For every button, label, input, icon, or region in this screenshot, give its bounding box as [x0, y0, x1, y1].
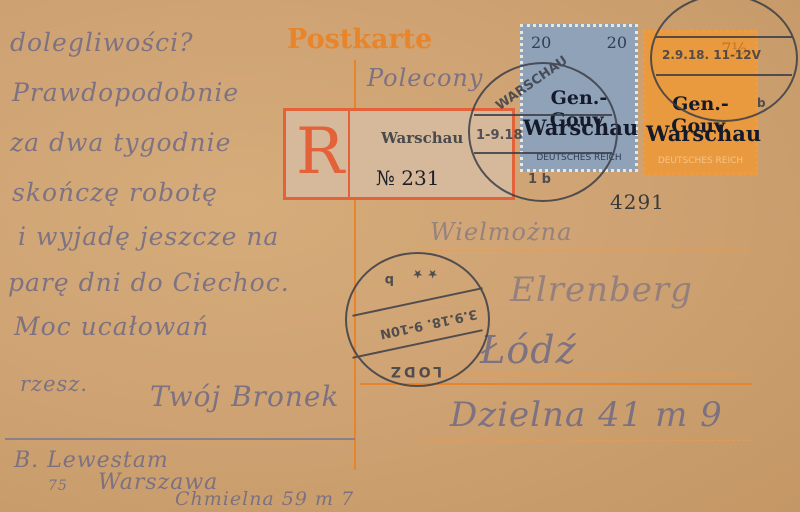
message-line: za dwa tygodnie	[10, 128, 231, 157]
postcard: Postkarte dolegliwości? Prawdopodobnie z…	[0, 0, 800, 512]
cancel-bar	[656, 36, 792, 38]
message-line: i wyjadę jeszcze na	[18, 222, 279, 251]
cancel-code: b	[757, 96, 766, 110]
sender-divider	[5, 438, 355, 440]
cancel-lodz: LODZ 3.9.18. 9-10N b ★ ★	[345, 252, 490, 387]
cancel-date: 2.9.18. 11-12V	[662, 48, 761, 62]
message-line: Prawdopodobnie	[12, 78, 239, 107]
cancel-bar	[474, 114, 612, 116]
annotation: Polecony	[367, 64, 483, 92]
message-line: rzesz.	[20, 372, 88, 396]
cancel-bar	[352, 329, 483, 359]
stamp-overprint: Warschau	[646, 121, 755, 146]
cancel-code: 1 b	[528, 172, 551, 187]
sender-street: Chmielna 59 m 7	[175, 488, 354, 510]
cancel-city: LODZ	[388, 363, 442, 379]
cancel-bar	[474, 152, 612, 154]
cancel-warschau-2: 2.9.18. 11-12V b	[650, 0, 798, 122]
message-line: parę dni do Ciechoc.	[8, 268, 290, 297]
stamp-value: 20	[531, 33, 551, 52]
recipient-name: Elrenberg	[510, 270, 693, 310]
cancel-code: b	[385, 272, 394, 287]
star-icon: ★ ★	[412, 267, 438, 281]
signature: Twój Bronek	[150, 380, 339, 413]
address-line	[420, 250, 750, 252]
registration-city: Warschau	[381, 129, 463, 147]
registration-number: № 231	[376, 166, 439, 190]
message-line: Moc ucałowań	[14, 312, 209, 341]
recipient-salutation: Wielmożna	[430, 218, 572, 246]
cancel-date: 1-9.18	[476, 128, 523, 143]
postcard-title: Postkarte	[287, 24, 432, 55]
cancel-warschau-1: WARSCHAU 1-9.18 1 b	[468, 62, 618, 202]
registration-letter: R	[296, 115, 344, 189]
cancel-bar	[656, 74, 792, 76]
address-line	[420, 374, 750, 376]
stamp-value: 20	[607, 33, 627, 52]
stamp-country: DEUTSCHES REICH	[646, 156, 755, 166]
registration-r-box: R	[286, 111, 350, 197]
cancel-city: WARSCHAU	[493, 53, 570, 113]
message-line: skończę robotę	[12, 178, 218, 207]
recipient-address: Dzielna 41 m 9	[450, 395, 723, 435]
recipient-city: Łódź	[480, 328, 577, 372]
cancel-date: 3.9.18. 9-10N	[379, 306, 479, 341]
reference-number: 4291	[610, 190, 665, 214]
message-line: dolegliwości?	[10, 28, 194, 57]
address-line	[420, 440, 750, 442]
sender-number: 75	[48, 478, 68, 494]
